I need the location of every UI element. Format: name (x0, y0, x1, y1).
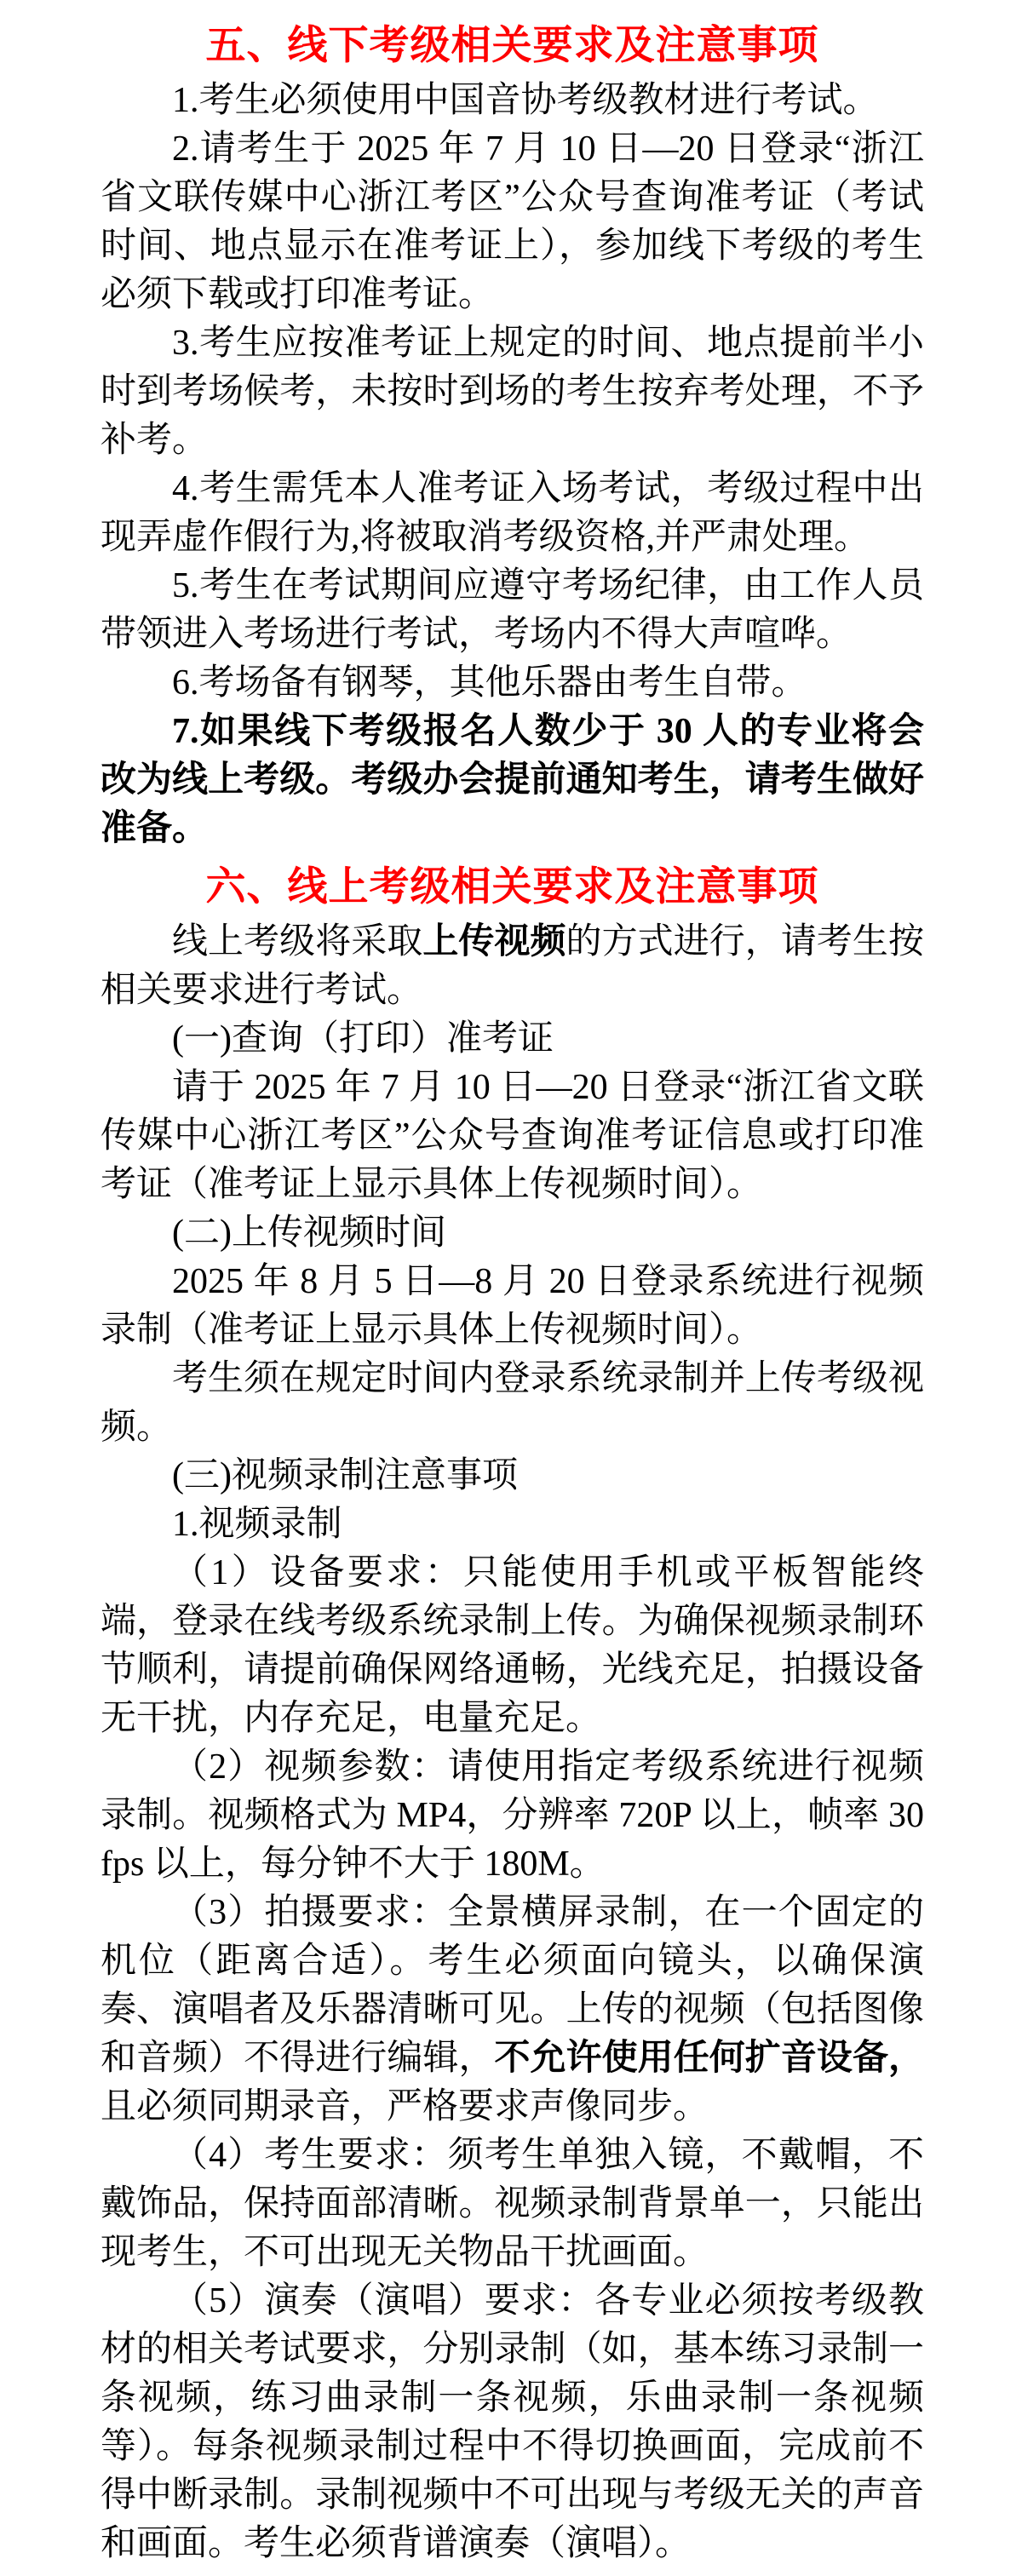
paragraph-candidate-requirements: （4）考生要求：须考生单独入镜，不戴帽，不戴饰品，保持面部清晰。视频录制背景单一… (100, 2131, 924, 2277)
paragraph-offline-1: 1.考生必须使用中国音协考级教材进行考试。 (100, 77, 924, 125)
paragraph-offline-4: 4.考生需凭本人准考证入场考试，考级过程中出现弄虚作假行为,将被取消考级资格,并… (100, 465, 924, 562)
paragraph-offline-2: 2.请考生于 2025 年 7 月 10 日—20 日登录“浙江省文联传媒中心浙… (100, 125, 924, 319)
subheading-query-ticket: (一)查询（打印）准考证 (100, 1015, 924, 1064)
paragraph-shooting-requirements: （3）拍摄要求：全景横屏录制，在一个固定的机位（距离合适）。考生必须面向镜头，以… (100, 1889, 924, 2131)
subheading-upload-time: (二)上传视频时间 (100, 1209, 924, 1258)
paragraph-offline-6: 6.考场备有钢琴，其他乐器由考生自带。 (100, 659, 924, 708)
subheading-video-recording: 1.视频录制 (100, 1500, 924, 1549)
subheading-recording-notes: (三)视频录制注意事项 (100, 1452, 924, 1500)
paragraph-offline-3: 3.考生应按准考证上规定的时间、地点提前半小时到考场候考，未按时到场的考生按弃考… (100, 319, 924, 465)
text-run: 线上考级将采取 (172, 922, 422, 961)
section-online-exam: 六、线上考级相关要求及注意事项 线上考级将采取上传视频的方式进行，请考生按相关要… (100, 860, 924, 2568)
text-run-bold: 不允许使用任何扩音设备， (495, 2039, 925, 2078)
paragraph-upload-time: 2025 年 8 月 5 日—8 月 20 日登录系统进行视频录制（准考证上显示… (100, 1258, 924, 1355)
paragraph-offline-7: 7.如果线下考级报名人数少于 30 人的专业将会改为线上考级。考级办会提前通知考… (100, 708, 924, 853)
paragraph-offline-5: 5.考生在考试期间应遵守考场纪律，由工作人员带领进入考场进行考试，考场内不得大声… (100, 562, 924, 659)
document-page: 五、线下考级相关要求及注意事项 1.考生必须使用中国音协考级教材进行考试。 2.… (0, 0, 1022, 2576)
paragraph-upload-requirement: 考生须在规定时间内登录系统录制并上传考级视频。 (100, 1355, 924, 1452)
section-offline-exam: 五、线下考级相关要求及注意事项 1.考生必须使用中国音协考级教材进行考试。 2.… (100, 19, 924, 853)
text-run: 且必须同期录音，严格要求声像同步。 (100, 2087, 709, 2126)
paragraph-query-ticket: 请于 2025 年 7 月 10 日—20 日登录“浙江省文联传媒中心浙江考区”… (100, 1064, 924, 1209)
paragraph-device-requirements: （1）设备要求：只能使用手机或平板智能终端，登录在线考级系统录制上传。为确保视频… (100, 1549, 924, 1743)
paragraph-performance-requirements: （5）演奏（演唱）要求：各专业必须按考级教材的相关考试要求，分别录制（如，基本练… (100, 2277, 924, 2568)
section-heading-online: 六、线上考级相关要求及注意事项 (100, 860, 924, 913)
section-heading-offline: 五、线下考级相关要求及注意事项 (100, 19, 924, 72)
paragraph-video-parameters: （2）视频参数：请使用指定考级系统进行视频录制。视频格式为 MP4，分辨率 72… (100, 1743, 924, 1889)
paragraph-online-intro: 线上考级将采取上传视频的方式进行，请考生按相关要求进行考试。 (100, 918, 924, 1015)
text-run-bold: 上传视频 (422, 922, 566, 961)
